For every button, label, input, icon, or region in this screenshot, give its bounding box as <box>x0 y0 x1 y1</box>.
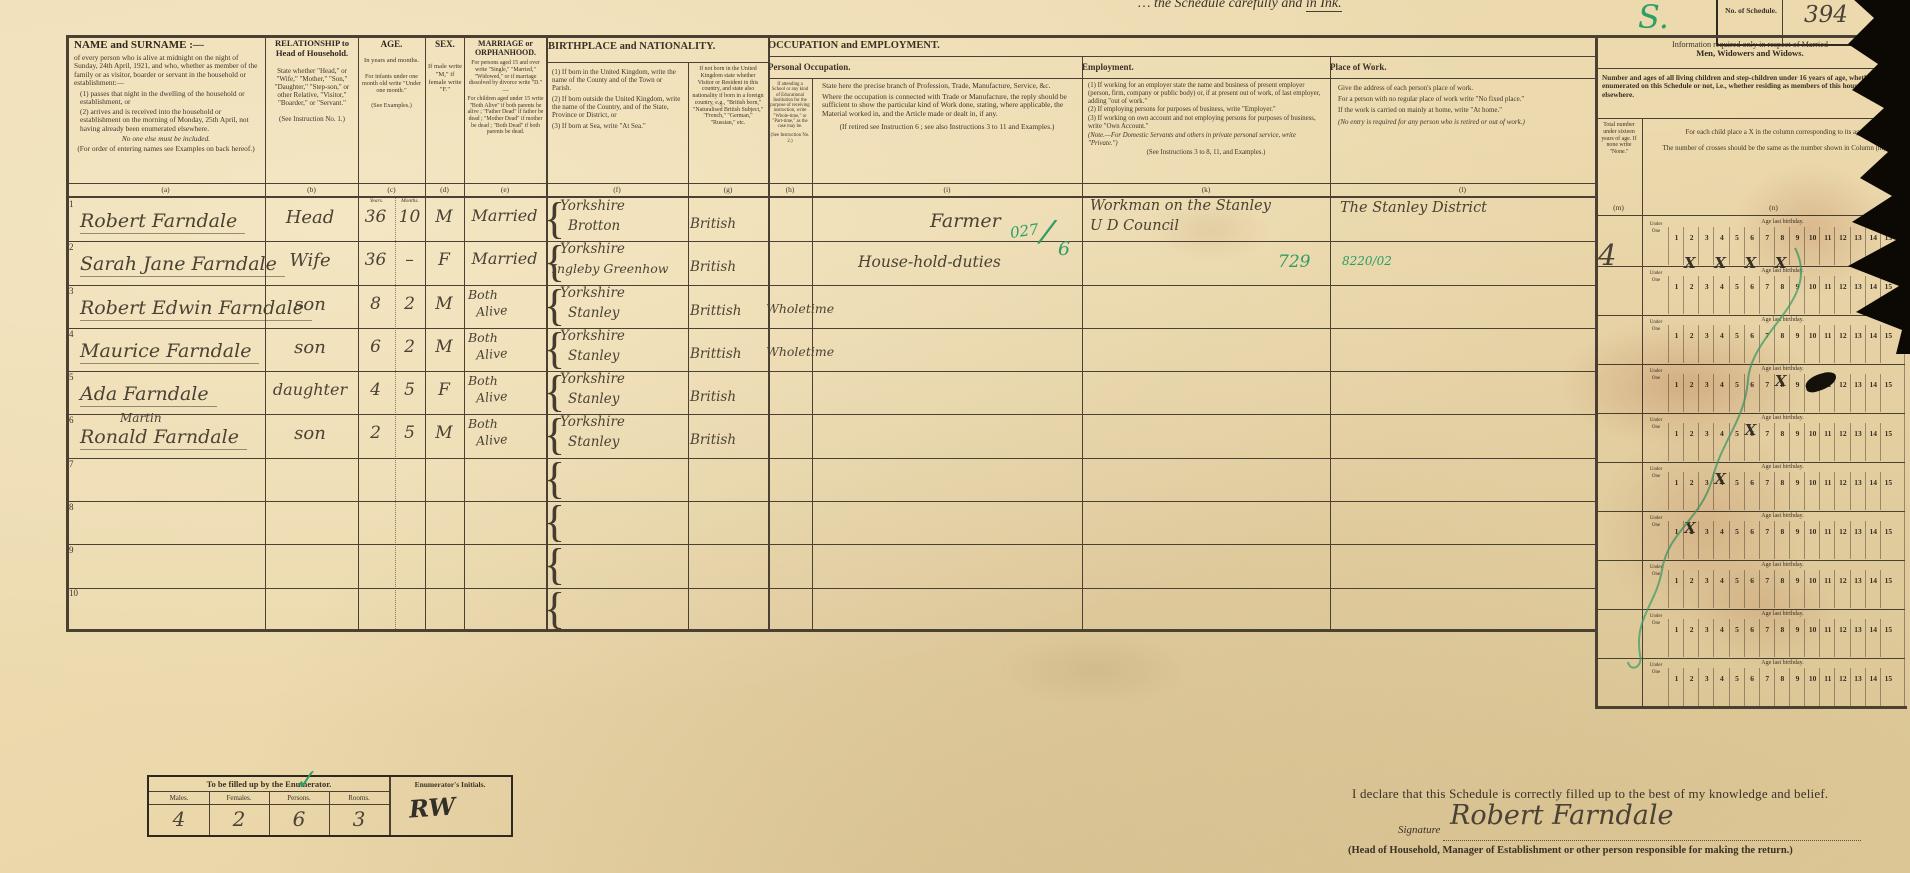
nationality-entry: Brittish <box>690 346 741 362</box>
column-body: The number of crosses should be the same… <box>1652 144 1898 152</box>
column-body: (See Instruction No. 2.) <box>770 133 810 144</box>
top-note-text: … the Schedule carefully and <box>1138 0 1306 11</box>
birthplace-town-entry: Ingleby Greenhow <box>552 261 669 276</box>
declaration-note: (Head of Household, Manager of Establish… <box>1348 845 1866 856</box>
table-row: 1 Robert Farndale Head 36 10 M Married {… <box>0 198 1910 241</box>
table-row: 10 { <box>0 588 1910 631</box>
age-cell: 14 <box>1865 619 1881 657</box>
column-header-marriage: MARRIAGE or ORPHANHOOD. For persons aged… <box>467 39 544 136</box>
column-body: If attending a School or any kind of Edu… <box>770 82 810 129</box>
age-cell: 15 <box>1880 668 1896 706</box>
birthplace-brace: { <box>544 498 565 546</box>
age-cell: 12 <box>1834 374 1850 412</box>
age-months-entry: 10 <box>395 207 424 227</box>
age-cell: 15 <box>1880 472 1896 510</box>
nationality-entry: British <box>690 259 736 275</box>
paper-stain <box>1150 200 1270 260</box>
column-title: MARRIAGE or ORPHANHOOD. <box>467 39 544 57</box>
age-cell: 4 <box>1713 668 1729 706</box>
age-cell: 4 <box>1713 276 1729 314</box>
age-cell: 15 <box>1880 570 1896 608</box>
age-cell: 14 <box>1865 521 1881 559</box>
paper-stain <box>1735 165 1885 295</box>
age-cell: 1 <box>1668 668 1684 706</box>
group-header-occupation: OCCUPATION and EMPLOYMENT. <box>768 40 1595 52</box>
sex-entry: M <box>425 207 463 227</box>
subgroup-header-personal-occupation: Personal Occupation. <box>768 62 1082 72</box>
column-body: (1) If working for an employer state the… <box>1088 82 1324 105</box>
green-code-employment: 729 <box>1278 252 1310 272</box>
column-body: Where the occupation is connected with T… <box>822 93 1072 119</box>
sex-entry: F <box>425 250 463 270</box>
top-note-underlined: in Ink. <box>1306 0 1342 12</box>
row-number: 4 <box>69 329 74 339</box>
relationship-entry: Wife <box>266 250 354 271</box>
column-title: Men, Widowers and Widows. <box>1600 49 1900 59</box>
sex-entry: M <box>425 423 463 443</box>
orphanhood-entry: Alive <box>476 429 547 449</box>
table-line <box>149 804 389 805</box>
age-cell: 11 <box>1819 521 1835 559</box>
table-line <box>1082 78 1330 79</box>
top-instruction-fragment: … the Schedule carefully and in Ink. <box>1138 0 1342 12</box>
age-cell: 10 <box>1804 423 1820 461</box>
column-body: For infants under one month old write "U… <box>360 73 423 94</box>
column-letter: (f) <box>546 185 688 194</box>
relationship-entry: Head <box>266 207 354 228</box>
name-entry: Robert Farndale <box>80 210 245 234</box>
age-cell: 13 <box>1850 570 1866 608</box>
age-cell: 3 <box>1698 668 1714 706</box>
name-entry: Sarah Jane Farndale <box>80 253 285 277</box>
column-body: (1) passes that night in the dwelling of… <box>74 90 258 107</box>
table-line <box>1595 118 1905 119</box>
marriage-entry: Married <box>464 249 545 268</box>
column-body: Total number under sixteen years of age.… <box>1597 122 1641 156</box>
relationship-entry: daughter <box>266 380 354 399</box>
birthplace-town-entry: Stanley <box>568 391 619 407</box>
column-letter: (i) <box>812 185 1082 194</box>
column-body: If male write "M," if female write "F." <box>427 63 463 93</box>
row-number: 1 <box>69 199 74 209</box>
enumerator-males-value: 4 <box>149 807 209 831</box>
column-body: For children aged under 15 write "Both A… <box>467 96 544 136</box>
age-cell: 15 <box>1880 521 1896 559</box>
relationship-entry: son <box>266 294 354 315</box>
age-cell: 6 <box>1744 668 1760 706</box>
enumerator-box-title: To be filled up by the Enumerator. <box>149 779 389 789</box>
age-cell: 5 <box>1729 668 1745 706</box>
age-cell: 15 <box>1880 374 1896 412</box>
age-years-entry: 36 <box>357 250 394 270</box>
row-number: 6 <box>69 415 74 425</box>
green-code-occupation-2: 6 <box>1058 238 1070 260</box>
under-one-label: UnderOne <box>1644 663 1668 677</box>
age-cell: 1 <box>1668 276 1684 314</box>
birthplace-county-entry: Yorkshire <box>560 414 625 430</box>
under-one-label: UnderOne <box>1644 271 1668 285</box>
age-years-entry: 36 <box>357 207 394 227</box>
column-title: NAME and SURNAME :— <box>74 39 258 52</box>
schedule-number-label: No. of Schedule. <box>1722 6 1780 15</box>
column-body: (2) If born outside the United Kingdom, … <box>552 95 682 119</box>
row-number: 10 <box>69 588 78 598</box>
table-line <box>66 183 1595 184</box>
column-body: State here the precise branch of Profess… <box>822 82 1072 91</box>
age-cell: 9 <box>1789 423 1805 461</box>
occupation-entry: House-hold-duties <box>858 253 1001 271</box>
place-of-work-entry: The Stanley District <box>1340 200 1487 216</box>
occupation-entry: Farmer <box>930 210 1001 232</box>
age-cell: 11 <box>1819 325 1835 363</box>
age-cell: 15 <box>1880 619 1896 657</box>
age-months-entry: 2 <box>395 294 424 314</box>
age-years-entry: 6 <box>357 337 394 357</box>
column-body: For a person with no regular place of wo… <box>1338 95 1582 103</box>
age-years-entry: 8 <box>357 294 394 314</box>
column-letter: (h) <box>768 185 812 194</box>
age-cell: 14 <box>1865 423 1881 461</box>
column-header-personal-occupation: State here the precise branch of Profess… <box>822 82 1072 132</box>
column-title: RELATIONSHIP to Head of Household. <box>269 39 355 59</box>
age-cell: 13 <box>1850 472 1866 510</box>
green-code-place: 8220/02 <box>1342 254 1392 268</box>
age-cell: 11 <box>1819 668 1835 706</box>
column-body: (3) If working on own account and not em… <box>1088 115 1324 131</box>
birthplace-county-entry: Yorkshire <box>560 328 625 344</box>
age-cell: 3 <box>1698 227 1714 265</box>
row-number: 5 <box>69 372 74 382</box>
column-body: (2) If employing persons for purposes of… <box>1088 106 1324 114</box>
age-cell: 7 <box>1759 668 1775 706</box>
orphanhood-entry: Alive <box>476 386 547 406</box>
row-number: 3 <box>69 286 74 296</box>
column-body: (2) arrives and is received into the hou… <box>74 108 258 134</box>
schedule-number-value: 394 <box>1804 2 1848 28</box>
age-cell: 13 <box>1850 668 1866 706</box>
age-cell: 2 <box>1683 276 1699 314</box>
column-header-nationality: If not born in the United Kingdom state … <box>692 66 764 127</box>
group-header-birthplace: BIRTHPLACE and NATIONALITY. <box>548 41 768 53</box>
age-cell: 14 <box>1865 668 1881 706</box>
relationship-entry: son <box>266 337 354 358</box>
age-cell: 15 <box>1880 325 1896 363</box>
enumerator-rooms-value: 3 <box>329 807 389 831</box>
column-body: (No entry is required for any person who… <box>1338 118 1582 126</box>
age-cell: 12 <box>1834 668 1850 706</box>
age-cell: 14 <box>1865 472 1881 510</box>
row-number: 7 <box>69 459 74 469</box>
green-check-mark: ✓ <box>292 764 319 797</box>
enumerator-initials-value: RW <box>408 791 456 823</box>
sex-entry: M <box>425 294 463 314</box>
column-body: (See Examples.) <box>360 102 423 109</box>
column-letter: (a) <box>66 185 265 194</box>
column-header-name: NAME and SURNAME :— of every person who … <box>74 39 258 153</box>
age-months-entry: – <box>395 250 424 270</box>
column-letter: (l) <box>1330 185 1595 194</box>
orphanhood-entry: Both <box>468 373 538 388</box>
marriage-entry: Married <box>464 206 545 225</box>
birthplace-brace: { <box>544 455 565 503</box>
age-cell: 13 <box>1850 521 1866 559</box>
age-years-entry: 2 <box>357 423 394 443</box>
column-header-age: AGE. In years and months. For infants un… <box>360 39 423 109</box>
column-body: of every person who is alive at midnight… <box>74 54 258 88</box>
subgroup-header-employment: Employment. <box>1082 62 1330 72</box>
birthplace-county-entry: Yorkshire <box>560 371 625 387</box>
green-clerk-mark: S. <box>1638 0 1669 36</box>
name-entry: Maurice Farndale <box>80 340 259 364</box>
paper-stain <box>1000 635 1190 705</box>
row-number: 2 <box>69 242 74 252</box>
nationality-entry: British <box>690 389 736 405</box>
row-number: 8 <box>69 502 74 512</box>
column-header-total-children: Total number under sixteen years of age.… <box>1597 122 1641 156</box>
paper-stain <box>1690 555 1840 665</box>
age-months-entry: 5 <box>395 380 424 400</box>
age-cell: 15 <box>1880 423 1896 461</box>
age-cell: 12 <box>1834 521 1850 559</box>
relationship-entry: son <box>266 423 354 444</box>
column-letter: (g) <box>688 185 768 194</box>
age-cell: 13 <box>1850 325 1866 363</box>
enumerator-initials-label: Enumerator's Initials. <box>391 780 509 789</box>
column-header-education: If attending a School or any kind of Edu… <box>770 82 810 144</box>
column-letter: (b) <box>265 185 358 194</box>
birthplace-county-entry: Yorkshire <box>560 241 625 257</box>
nationality-entry: Brittish <box>690 303 741 319</box>
column-header-sex: SEX. If male write "M," if female write … <box>427 39 463 94</box>
name-entry: Ada Farndale <box>80 383 217 407</box>
birthplace-town-entry: Brotton <box>568 218 620 234</box>
birthplace-town-entry: Stanley <box>568 305 619 321</box>
subgroup-header-place-of-work: Place of Work. <box>1330 62 1595 72</box>
orphanhood-entry: Both <box>468 287 538 302</box>
age-cell: 14 <box>1865 374 1881 412</box>
sex-entry: M <box>425 337 463 357</box>
enumerator-persons-value: 6 <box>269 807 329 831</box>
orphanhood-entry: Alive <box>476 300 547 320</box>
birthplace-town-entry: Stanley <box>568 434 619 450</box>
signature-value: Robert Farndale <box>1450 800 1673 831</box>
orphanhood-entry: Alive <box>476 343 547 363</box>
column-body: For persons aged 15 and over write "Sing… <box>467 60 544 87</box>
nationality-entry: British <box>690 216 736 232</box>
column-letter: (d) <box>425 185 464 194</box>
column-title: AGE. <box>360 39 423 49</box>
education-entry: Wholetime <box>766 344 834 359</box>
table-line <box>546 62 768 63</box>
table-row: 2 Sarah Jane Farndale Wife 36 – F Marrie… <box>0 241 1910 284</box>
column-body: (Note.—For Domestic Servants and others … <box>1088 132 1324 148</box>
age-cell: 10 <box>1804 668 1820 706</box>
birthplace-brace: { <box>544 541 565 589</box>
age-cell: 8 <box>1774 668 1790 706</box>
column-letter: (e) <box>464 185 546 194</box>
enumerator-col-females: Females. <box>209 794 269 802</box>
orphanhood-entry: Both <box>468 416 538 431</box>
column-title: SEX. <box>427 39 463 49</box>
column-letter: (c) <box>358 185 425 194</box>
table-row: 3 Robert Edwin Farndale son 8 2 M Both A… <box>0 285 1910 328</box>
column-header-employment: (1) If working for an employer state the… <box>1088 82 1324 156</box>
signature-line <box>1443 840 1861 841</box>
age-cell: 14 <box>1865 570 1881 608</box>
column-letter: (k) <box>1082 185 1330 194</box>
column-body: State whether "Head," or "Wife," "Mother… <box>269 67 355 107</box>
enumerator-col-rooms: Rooms. <box>329 794 389 802</box>
age-cell: 12 <box>1834 472 1850 510</box>
age-cell: 13 <box>1850 423 1866 461</box>
age-cell: 3 <box>1698 276 1714 314</box>
census-schedule-page: … the Schedule carefully and in Ink. S. … <box>0 0 1910 873</box>
column-body: (If retired see Instruction 6 ; see also… <box>822 123 1072 132</box>
age-cell: 12 <box>1834 423 1850 461</box>
under-one-label: UnderOne <box>1644 222 1668 236</box>
enumerator-females-value: 2 <box>209 807 269 831</box>
nationality-entry: British <box>690 432 736 448</box>
orphanhood-entry: Both <box>468 330 538 345</box>
birthplace-brace: { <box>544 585 565 633</box>
signature-label: Signature <box>1398 824 1440 836</box>
enumerator-col-males: Males. <box>149 794 209 802</box>
column-body: In years and months. <box>360 57 423 65</box>
column-body: If the work is carried on mainly at home… <box>1338 106 1582 114</box>
name-entry: Ronald Farndale <box>80 426 247 450</box>
age-cell: 11 <box>1819 472 1835 510</box>
age-months-entry: 5 <box>395 423 424 443</box>
age-cell: 2 <box>1683 668 1699 706</box>
table-line <box>768 56 1595 57</box>
column-header-relationship: RELATIONSHIP to Head of Household. State… <box>269 39 355 123</box>
age-cell: 13 <box>1850 374 1866 412</box>
age-cell: 13 <box>1850 619 1866 657</box>
column-body: (3) If born at Sea, write "At Sea." <box>552 122 682 130</box>
column-body: Give the address of each person's place … <box>1338 84 1582 92</box>
total-children-entry: 4 <box>1598 238 1616 272</box>
age-cell: 14 <box>1865 325 1881 363</box>
age-cell: 9 <box>1789 668 1805 706</box>
column-body: (See Instructions 3 to 8, 11, and Exampl… <box>1088 149 1324 157</box>
married-info-subtitle: Number and ages of all living children a… <box>1602 74 1898 99</box>
birthplace-county-entry: Yorkshire <box>560 198 625 214</box>
age-cell: 6 <box>1744 276 1760 314</box>
column-body: (For order of entering names see Example… <box>74 145 258 154</box>
birthplace-county-entry: Yorkshire <box>560 285 625 301</box>
children-age-grid: UnderOneAge last birthday.12345678910111… <box>1642 659 1905 708</box>
column-body: If not born in the United Kingdom state … <box>692 66 764 127</box>
column-header-place-of-work: Give the address of each person's place … <box>1338 84 1582 126</box>
education-entry: Wholetime <box>766 301 834 316</box>
age-cell: 5 <box>1729 276 1745 314</box>
age-years-entry: 4 <box>357 380 394 400</box>
table-line <box>1595 68 1905 69</box>
birthplace-town-entry: Stanley <box>568 348 619 364</box>
row-number: 9 <box>69 545 74 555</box>
sex-entry: F <box>425 380 463 400</box>
table-line <box>768 78 1082 79</box>
age-cell: 11 <box>1819 423 1835 461</box>
age-months-entry: 2 <box>395 337 424 357</box>
age-cell: 1 <box>1668 227 1684 265</box>
enumerator-box: To be filled up by the Enumerator. Males… <box>147 775 513 837</box>
table-line <box>1330 78 1595 79</box>
column-body: (See Instruction No. 1.) <box>269 115 355 123</box>
name-insert-entry: Martin <box>120 411 162 425</box>
age-cell: 10 <box>1804 325 1820 363</box>
column-body: (1) If born in the United Kingdom, write… <box>552 68 682 92</box>
column-body: No one else must be included. <box>74 135 258 144</box>
age-cell: 12 <box>1834 325 1850 363</box>
column-header-birthplace: (1) If born in the United Kingdom, write… <box>552 68 682 130</box>
